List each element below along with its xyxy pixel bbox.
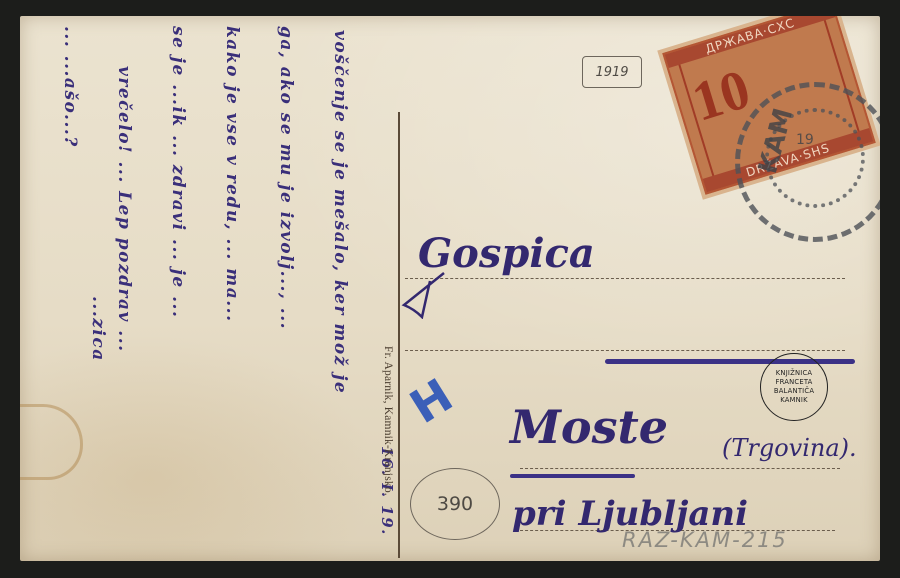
- postcard: voščenje se je mešalo, ker mož je ga, ak…: [20, 16, 880, 561]
- library-stamp-line: KNJIŽNICA: [776, 369, 813, 378]
- library-stamp-line: FRANCETA: [775, 378, 812, 387]
- address-line-1: [405, 278, 845, 279]
- message-line: ga, ako se mu je izvolj..., ...: [276, 26, 296, 330]
- card-divider-line: [398, 112, 400, 558]
- message-line: kako je vse v redu, ... ma...: [222, 26, 242, 322]
- underline-stroke: [510, 474, 635, 478]
- address-town: Moste: [510, 400, 668, 454]
- message-line: se je ...ik ... zdravi ... je ...: [168, 26, 188, 318]
- publisher-imprint: Fr. Aparnik, Kamnik-Kranjsko.: [382, 346, 394, 496]
- message-line: ... ...ašo...?: [60, 26, 80, 148]
- pencil-year-note: 1919: [582, 56, 642, 88]
- address-line-3: [520, 468, 840, 469]
- address-line-2: [405, 350, 845, 351]
- message-line: vrečelo! ... Lep pozdrav ...: [114, 66, 134, 353]
- postmark-date: 19: [796, 132, 814, 148]
- handwritten-message: voščenje se je mešalo, ker mož je ga, ak…: [20, 16, 398, 561]
- catalog-number: 390: [410, 468, 500, 540]
- library-stamp-line: KAMNIK: [780, 396, 808, 405]
- blue-crayon-mark: H: [401, 368, 462, 434]
- library-stamp: KNJIŽNICA FRANCETA BALANTIČA KAMNIK: [760, 353, 828, 421]
- message-line: voščenje se je mešalo, ker mož je: [330, 30, 350, 394]
- address-note: (Trgovina).: [722, 434, 857, 462]
- library-stamp-line: BALANTIČA: [774, 387, 814, 396]
- archive-reference: RAZ-KAM-215: [622, 528, 788, 552]
- address-recipient: Gospica: [418, 230, 595, 277]
- check-mark-icon: [400, 271, 448, 319]
- message-signature: ...zica: [88, 296, 108, 362]
